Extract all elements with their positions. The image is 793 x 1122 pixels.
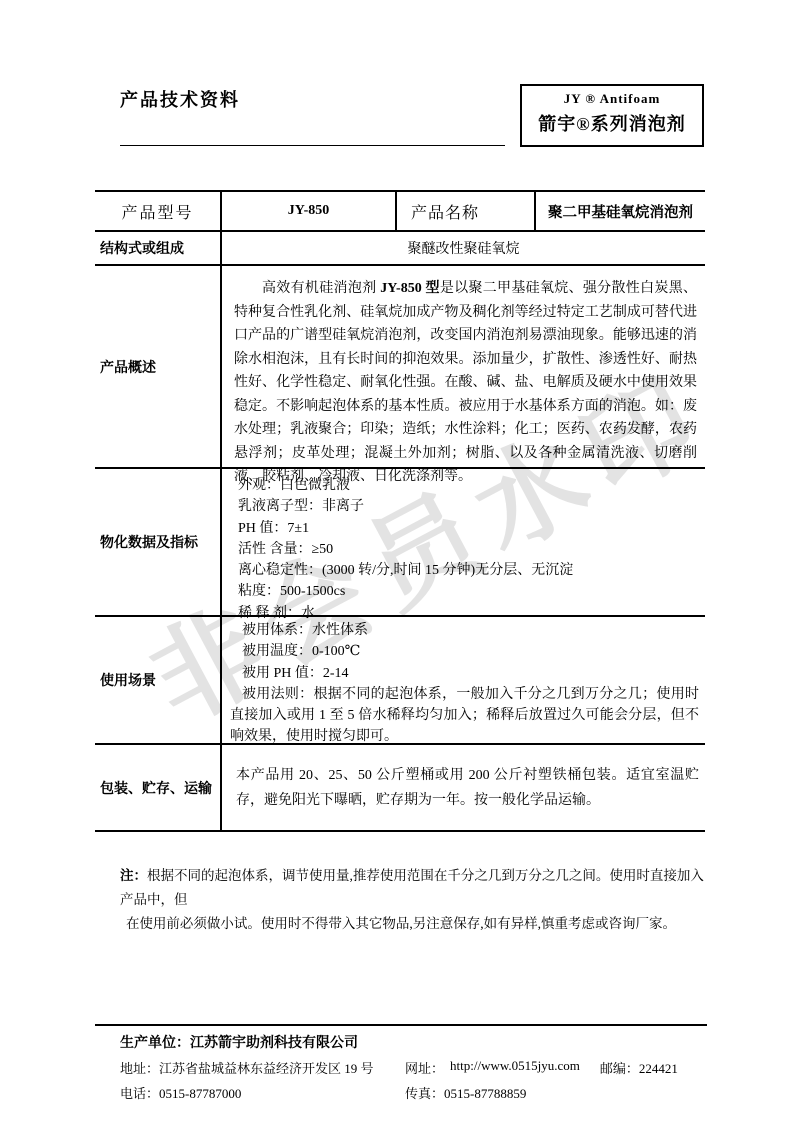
physical-line-ionic-type: 乳液离子型：非离子 — [238, 496, 701, 517]
physical-line-active-content: 活性 含量：≥50 — [238, 539, 701, 560]
postcode: 邮编：224421 — [600, 1058, 678, 1077]
table-row-usage: 使用场景 被用体系：水性体系 被用温度：0-100℃ 被用 PH 值：2-14 … — [95, 617, 705, 745]
document-page: 非会员水印 产品技术资料 JY ® Antifoam 箭宇®系列消泡剂 产品型号… — [0, 0, 793, 1122]
product-spec-table: 产品型号 JY-850 产品名称 聚二甲基硅氧烷消泡剂 结构式或组成 聚醚改性聚… — [95, 190, 705, 832]
usage-label: 使用场景 — [95, 617, 220, 743]
packaging-content: 本产品用 20、25、50 公斤塑桶或用 200 公斤衬塑铁桶包装。适宜室温贮存… — [220, 745, 705, 830]
producer-name: 生产单位：江苏箭宇助剂科技有限公司 — [120, 1032, 358, 1052]
usage-line-temperature: 被用温度：0-100℃ — [242, 641, 701, 662]
website-row: 网址： http://www.0515jyu.com 邮编：224421 — [405, 1058, 678, 1077]
model-row-content: JY-850 产品名称 聚二甲基硅氧烷消泡剂 — [220, 192, 705, 230]
structure-value: 聚醚改性聚硅氧烷 — [220, 232, 705, 264]
physical-data-content: 外观：白色微乳液 乳液离子型：非离子 PH 值：7±1 活性 含量：≥50 离心… — [220, 469, 705, 615]
phone: 电话：0515-87787000 — [120, 1083, 241, 1102]
packaging-label: 包装、贮存、运输 — [95, 745, 220, 830]
note-line-2: 在使用前必须做小试。使用时不得带入其它物品,另注意保存,如有异样,慎重考虑或咨询… — [95, 912, 707, 936]
packaging-paragraph: 本产品用 20、25、50 公斤塑桶或用 200 公斤衬塑铁桶包装。适宜室温贮存… — [222, 763, 705, 813]
table-row-physical-data: 物化数据及指标 外观：白色微乳液 乳液离子型：非离子 PH 值：7±1 活性 含… — [95, 469, 705, 617]
table-row-structure: 结构式或组成 聚醚改性聚硅氧烷 — [95, 232, 705, 266]
table-row-model: 产品型号 JY-850 产品名称 聚二甲基硅氧烷消泡剂 — [95, 192, 705, 232]
brand-logo-box: JY ® Antifoam 箭宇®系列消泡剂 — [520, 84, 704, 147]
usage-note: 注：根据不同的起泡体系，调节使用量,推荐使用范围在千分之几到万分之几之间。使用时… — [95, 864, 707, 936]
physical-line-ph: PH 值：7±1 — [238, 518, 701, 539]
usage-line-method: 被用法则：根据不同的起泡体系，一般加入千分之几到万分之几；使用时直接加入或用 1… — [230, 684, 699, 748]
fax: 传真：0515-87788859 — [405, 1083, 526, 1102]
overview-text-rest: 是以聚二甲基硅氧烷、强分散性白炭黑、特种复合性乳化剂、硅氧烷加成产物及稠化剂等经… — [234, 281, 697, 484]
product-name-value: 聚二甲基硅氧烷消泡剂 — [536, 192, 705, 230]
note-prefix: 注： — [120, 868, 147, 883]
usage-line-system: 被用体系：水性体系 — [242, 620, 701, 641]
brand-name-english: JY ® Antifoam — [522, 91, 702, 107]
table-row-overview: 产品概述 高效有机硅消泡剂 JY-850 型是以聚二甲基硅氧烷、强分散性白炭黑、… — [95, 266, 705, 469]
title-underline — [120, 145, 505, 146]
note-text-1: 根据不同的起泡体系，调节使用量,推荐使用范围在千分之几到万分之几之间。使用时直接… — [120, 868, 704, 907]
overview-text-model: JY-850 型 — [380, 281, 440, 296]
model-label: 产品型号 — [95, 192, 220, 230]
overview-label: 产品概述 — [95, 266, 220, 467]
usage-content: 被用体系：水性体系 被用温度：0-100℃ 被用 PH 值：2-14 被用法则：… — [220, 617, 705, 743]
note-line-1: 注：根据不同的起泡体系，调节使用量,推荐使用范围在千分之几到万分之几之间。使用时… — [95, 864, 707, 912]
product-name-label: 产品名称 — [397, 192, 536, 230]
overview-content: 高效有机硅消泡剂 JY-850 型是以聚二甲基硅氧烷、强分散性白炭黑、特种复合性… — [220, 266, 705, 467]
model-value: JY-850 — [222, 192, 397, 230]
website-label: 网址： — [405, 1058, 444, 1077]
overview-text-prefix: 高效有机硅消泡剂 — [262, 281, 380, 296]
usage-line-ph: 被用 PH 值：2-14 — [242, 663, 701, 684]
footer-divider — [95, 1024, 707, 1026]
brand-name-chinese: 箭宇®系列消泡剂 — [522, 110, 702, 136]
address: 地址：江苏省盐城益林东益经济开发区 19 号 — [120, 1058, 374, 1077]
structure-label: 结构式或组成 — [95, 232, 220, 264]
physical-data-label: 物化数据及指标 — [95, 469, 220, 615]
website-url: http://www.0515jyu.com — [450, 1058, 580, 1077]
page-title: 产品技术资料 — [120, 86, 240, 112]
table-row-packaging: 包装、贮存、运输 本产品用 20、25、50 公斤塑桶或用 200 公斤衬塑铁桶… — [95, 745, 705, 832]
overview-paragraph: 高效有机硅消泡剂 JY-850 型是以聚二甲基硅氧烷、强分散性白炭黑、特种复合性… — [234, 277, 697, 489]
physical-line-viscosity: 粘度：500-1500cs — [238, 581, 701, 602]
physical-line-centrifugal-stability: 离心稳定性：(3000 转/分,时间 15 分钟)无分层、无沉淀 — [238, 560, 701, 581]
physical-line-appearance: 外观：白色微乳液 — [238, 475, 701, 496]
